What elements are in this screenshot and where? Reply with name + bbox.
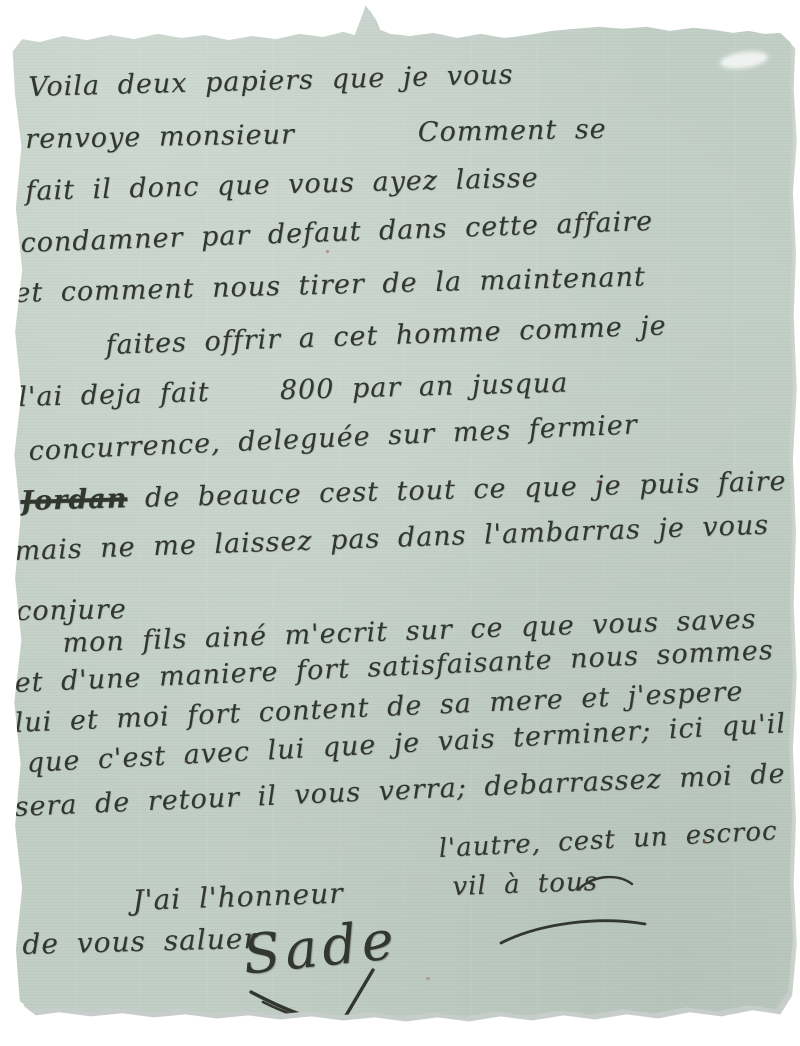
letter-line: fait il donc que vous ayez laisse (25, 163, 539, 207)
foxing-speck (596, 480, 600, 483)
signature-flourish (245, 962, 387, 1034)
foxing-speck (184, 760, 187, 763)
letter-line: renvoye monsieur Comment se (25, 114, 607, 155)
ink-dash-flourish (495, 910, 653, 952)
closing-line: de vous saluer (22, 922, 258, 961)
foxing-speck (426, 977, 430, 980)
foxing-speck (326, 250, 329, 253)
letter-line-with-strikethrough: Jordan de beauce cest tout ce que je pui… (20, 466, 787, 517)
foxing-speck (703, 840, 706, 844)
letter-line: Voila deux papiers que je vous (28, 59, 514, 103)
closing-line: J'ai l'honneur (132, 877, 344, 917)
paper-shine-spot (719, 49, 769, 72)
aside-line: l'autre, cest un escroc et (438, 814, 800, 864)
struck-word: Jordan (20, 483, 128, 517)
letter-line: mais ne me laissez pas dans l'ambarras j… (14, 510, 770, 567)
letter-line: conjure (16, 594, 127, 627)
aside-underline-flourish (575, 870, 637, 896)
letter-line: et comment nous tirer de la maintenant (14, 261, 646, 309)
letter-paper: Voila deux papiers que je vous renvoye m… (8, 2, 796, 1032)
scan-background: Voila deux papiers que je vous renvoye m… (0, 0, 800, 1046)
letter-line: condamner par defaut dans cette affaire (20, 206, 654, 259)
letter-line: faites offrir a cet homme comme je (105, 310, 667, 361)
letter-line: concurrence, deleguée sur mes fermier (28, 409, 638, 467)
letter-line: l'ai deja fait 800 par an jusqua (18, 368, 569, 413)
